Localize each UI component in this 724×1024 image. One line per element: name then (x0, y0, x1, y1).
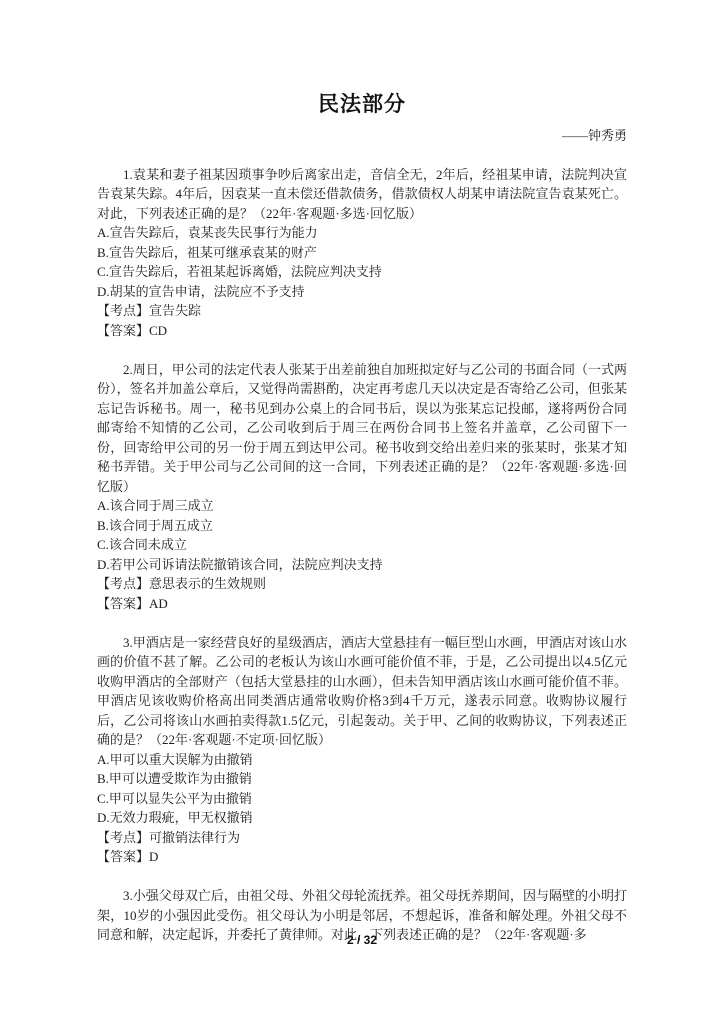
option-d: D.无效力瑕疵，甲无权撤销 (97, 808, 627, 828)
option-c: C.甲可以显失公平为由撤销 (97, 789, 627, 809)
question-stem: 1.袁某和妻子祖某因琐事争吵后离家出走，音信全无，2年后，经祖某申请，法院判决宣… (97, 165, 627, 224)
answer-label: 【答案】 (97, 323, 149, 338)
keypoint-value: 宣告失踪 (149, 303, 201, 318)
option-b: B.宣告失踪后，祖某可继承袁某的财产 (97, 243, 627, 263)
keypoint-value: 可撤销法律行为 (149, 830, 240, 845)
keypoint-line: 【考点】意思表示的生效规则 (97, 574, 627, 594)
option-d: D.胡某的宣告申请，法院应不予支持 (97, 282, 627, 302)
option-b: B.甲可以遭受欺诈为由撤销 (97, 769, 627, 789)
question-block-2: 2.周日，甲公司的法定代表人张某于出差前独自加班拟定好与乙公司的书面合同（一式两… (97, 360, 627, 614)
answer-value: CD (149, 323, 167, 338)
keypoint-label: 【考点】 (97, 576, 149, 591)
option-c: C.该合同未成立 (97, 535, 627, 555)
keypoint-value: 意思表示的生效规则 (149, 576, 266, 591)
keypoint-label: 【考点】 (97, 303, 149, 318)
question-block-1: 1.袁某和妻子祖某因琐事争吵后离家出走，音信全无，2年后，经祖某申请，法院判决宣… (97, 165, 627, 341)
question-stem: 3.甲酒店是一家经营良好的星级酒店，酒店大堂悬挂有一幅巨型山水画，甲酒店对该山水… (97, 633, 627, 750)
answer-line: 【答案】CD (97, 321, 627, 341)
keypoint-label: 【考点】 (97, 830, 149, 845)
page-title: 民法部分 (97, 90, 627, 118)
author-byline: ——钟秀勇 (97, 127, 627, 145)
answer-value: D (149, 849, 158, 864)
option-c: C.宣告失踪后，若祖某起诉离婚，法院应判决支持 (97, 262, 627, 282)
keypoint-line: 【考点】宣告失踪 (97, 301, 627, 321)
answer-label: 【答案】 (97, 849, 149, 864)
page-number: 2 / 32 (0, 933, 724, 947)
answer-label: 【答案】 (97, 596, 149, 611)
option-a: A.宣告失踪后，袁某丧失民事行为能力 (97, 223, 627, 243)
keypoint-line: 【考点】可撤销法律行为 (97, 828, 627, 848)
option-a: A.该合同于周三成立 (97, 496, 627, 516)
question-stem: 2.周日，甲公司的法定代表人张某于出差前独自加班拟定好与乙公司的书面合同（一式两… (97, 360, 627, 497)
document-page: 民法部分 ——钟秀勇 1.袁某和妻子祖某因琐事争吵后离家出走，音信全无，2年后，… (0, 0, 724, 1024)
option-b: B.该合同于周五成立 (97, 516, 627, 536)
question-block-3: 3.甲酒店是一家经营良好的星级酒店，酒店大堂悬挂有一幅巨型山水画，甲酒店对该山水… (97, 633, 627, 867)
option-d: D.若甲公司诉请法院撤销该合同，法院应判决支持 (97, 555, 627, 575)
answer-line: 【答案】AD (97, 594, 627, 614)
answer-line: 【答案】D (97, 847, 627, 867)
answer-value: AD (149, 596, 168, 611)
page-content: 民法部分 ——钟秀勇 1.袁某和妻子祖某因琐事争吵后离家出走，音信全无，2年后，… (0, 0, 724, 945)
option-a: A.甲可以重大误解为由撤销 (97, 750, 627, 770)
